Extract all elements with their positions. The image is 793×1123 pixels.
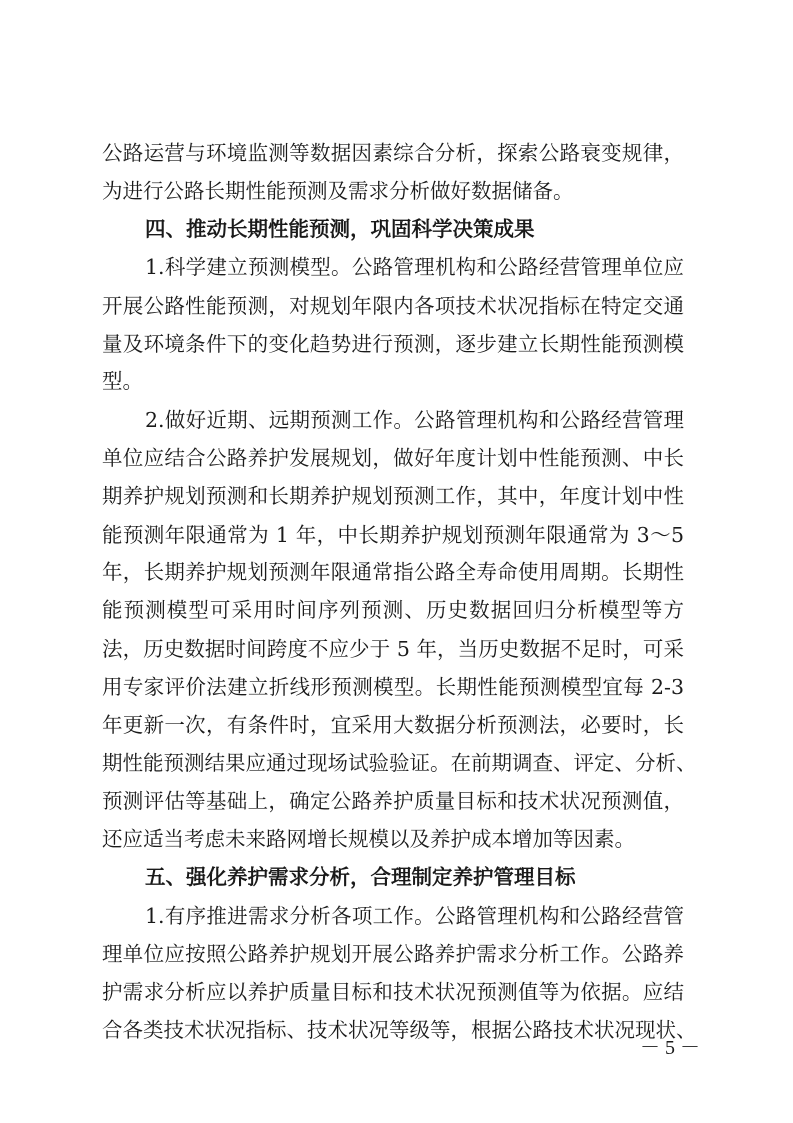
text-line: 能预测模型可采用时间序列预测、历史数据回归分析模型等方 (102, 595, 684, 625)
text-line: 1.有序推进需求分析各项工作。公路管理机构和公路经营管 (145, 901, 684, 931)
text-line: 能预测年限通常为 1 年，中长期养护规划预测年限通常为 3～5 (102, 520, 684, 550)
text-line: 为进行公路长期性能预测及需求分析做好数据储备。 (102, 176, 684, 206)
text-line: 1.科学建立预测模型。公路管理机构和公路经营管理单位应 (145, 252, 684, 282)
text-line: 期养护规划预测和长期养护规划预测工作，其中，年度计划中性 (102, 481, 684, 511)
text-line: 护需求分析应以养护质量目标和技术状况预测值等为依据。应结 (102, 977, 684, 1007)
document-page: 公路运营与环境监测等数据因素综合分析，探索公路衰变规律， 为进行公路长期性能预测… (0, 0, 793, 1123)
text-line: 单位应结合公路养护发展规划，做好年度计划中性能预测、中长 (102, 443, 684, 473)
text-line: 合各类技术状况指标、技术状况等级等，根据公路技术状况现状、 (102, 1015, 684, 1045)
text-line: 年，长期养护规划预测年限通常指公路全寿命使用周期。长期性 (102, 557, 684, 587)
text-line: 预测评估等基础上，确定公路养护质量目标和技术状况预测值， (102, 786, 684, 816)
text-line: 年更新一次，有条件时，宜采用大数据分析预测法，必要时，长 (102, 710, 684, 740)
section-heading: 四、推动长期性能预测，巩固科学决策成果 (145, 214, 595, 244)
text-line: 理单位应按照公路养护规划开展公路养护需求分析工作。公路养 (102, 939, 684, 969)
text-line: 量及环境条件下的变化趋势进行预测，逐步建立长期性能预测模 (102, 329, 684, 359)
text-line: 法，历史数据时间跨度不应少于 5 年，当历史数据不足时，可采 (102, 634, 684, 664)
text-line: 期性能预测结果应通过现场试验验证。在前期调查、评定、分析、 (102, 748, 684, 778)
text-line: 公路运营与环境监测等数据因素综合分析，探索公路衰变规律， (102, 138, 684, 168)
section-heading: 五、强化养护需求分析，合理制定养护管理目标 (145, 862, 595, 892)
text-line: 开展公路性能预测，对规划年限内各项技术状况指标在特定交通 (102, 291, 684, 321)
page-number: － 5 － (640, 1031, 700, 1060)
text-line: 还应适当考虑未来路网增长规模以及养护成本增加等因素。 (102, 824, 684, 854)
text-line: 用专家评价法建立折线形预测模型。长期性能预测模型宜每 2-3 (102, 672, 684, 702)
text-line: 型。 (102, 366, 684, 396)
text-line: 2.做好近期、远期预测工作。公路管理机构和公路经营管理 (145, 405, 684, 435)
